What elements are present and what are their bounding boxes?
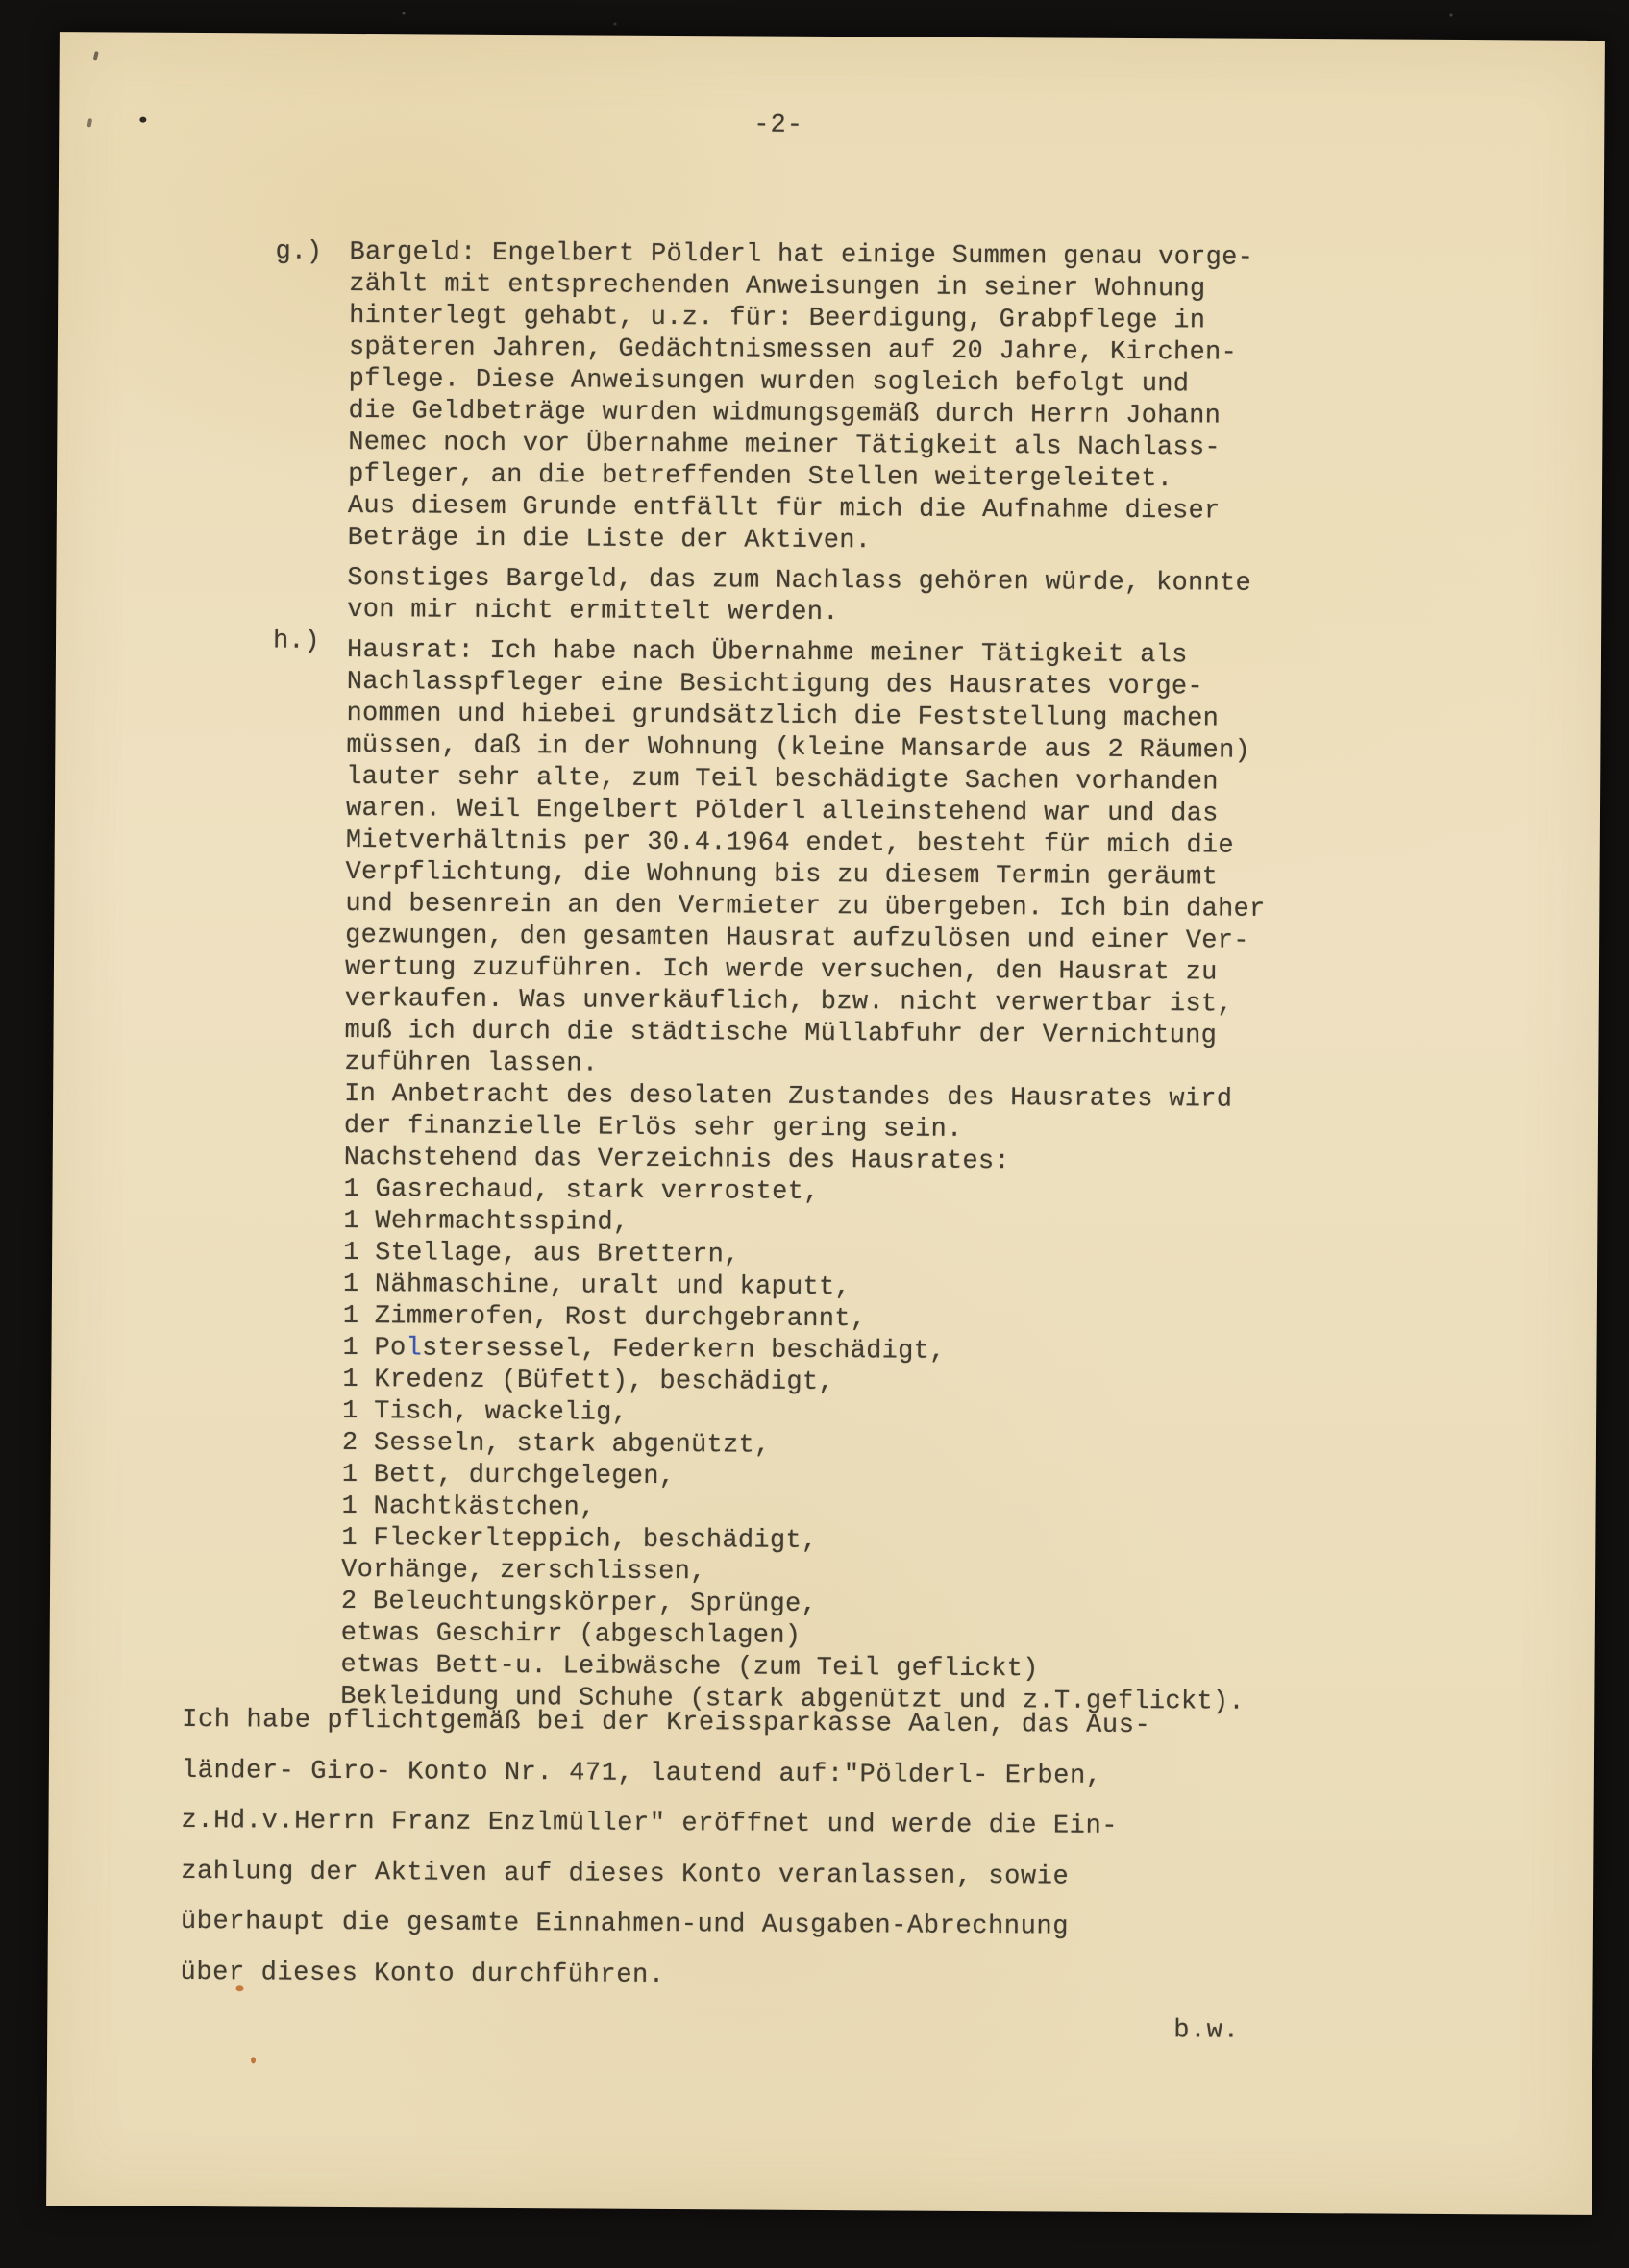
rust-stain xyxy=(251,2057,256,2063)
text-line: zahlung der Aktiven auf dieses Konto ver… xyxy=(181,1846,1488,1905)
text-line: überhaupt die gesamte Einnahmen-und Ausg… xyxy=(181,1897,1488,1956)
text-line: länder- Giro- Konto Nr. 471, lautend auf… xyxy=(182,1745,1489,1804)
text-line: über dieses Konto durchführen. xyxy=(180,1947,1487,2006)
page-number: -2- xyxy=(753,111,803,140)
text-line: Beträge in die Liste der Aktiven. xyxy=(348,523,1559,562)
section-label-g: g.) xyxy=(275,236,322,268)
inventory-list: 1 Gasrechaud, stark verrostet,1 Wehrmach… xyxy=(340,1174,1554,1721)
paragraph-bargeld: Bargeld: Engelbert Pölderl hat einige Su… xyxy=(348,237,1561,562)
paragraph-hausrat: Hausrat: Ich habe nach Übernahme meiner … xyxy=(344,635,1558,1182)
ink-speck xyxy=(139,117,146,123)
text-line: z.Hd.v.Herrn Franz Enzlmüller" eröffnet … xyxy=(181,1796,1488,1855)
handwritten-correction: l xyxy=(406,1334,422,1363)
document-page: -2- g.) h.) Bargeld: Engelbert Pölderl h… xyxy=(46,32,1605,2215)
section-label-h: h.) xyxy=(273,626,320,657)
ink-speck xyxy=(93,51,99,61)
text-line: Ich habe pflichtgemäß bei der Kreisspark… xyxy=(182,1695,1489,1754)
body-text: Bargeld: Engelbert Pölderl hat einige Su… xyxy=(340,237,1560,1721)
closing-paragraph: Ich habe pflichtgemäß bei der Kreisspark… xyxy=(180,1695,1489,2006)
paragraph-sonstiges-bargeld: Sonstiges Bargeld, das zum Nachlass gehö… xyxy=(347,563,1558,634)
ink-speck xyxy=(87,118,93,128)
text-line: von mir nicht ermittelt werden. xyxy=(347,595,1558,634)
page-footer-bw: b.w. xyxy=(1173,2016,1240,2045)
